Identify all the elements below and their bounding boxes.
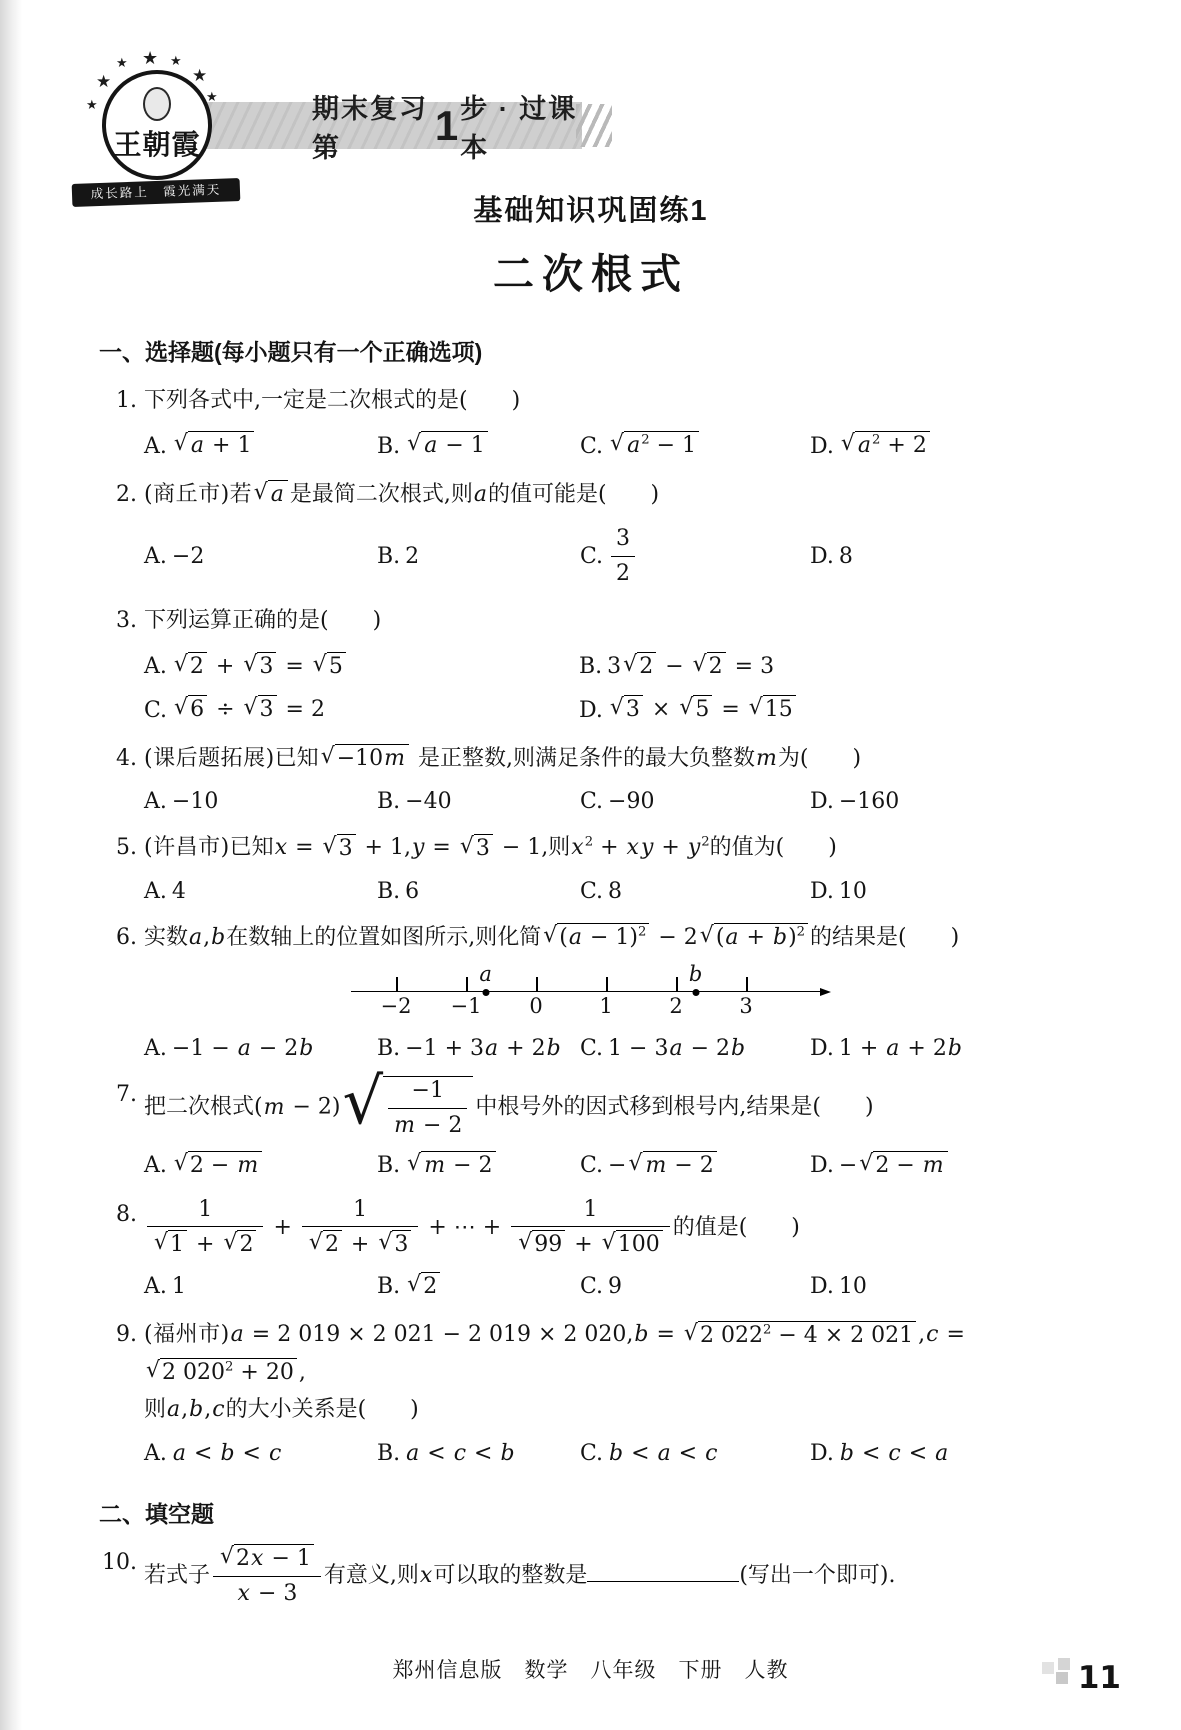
option-label: D. bbox=[810, 879, 839, 904]
question: 10.若式子√2x − 1x − 3有意义,则x可以取的整数是(写出一个即可). bbox=[97, 1544, 1085, 1608]
option-label: B. bbox=[579, 654, 607, 679]
question-stem: (许昌市)已知x = √3 + 1,y = √3 − 1,则x2 + xy + … bbox=[144, 829, 1085, 866]
sqrt-expression: √(a − 1)2 bbox=[543, 923, 649, 953]
radical-sign-icon: √ bbox=[407, 1151, 421, 1176]
option-B: B.a < c < b bbox=[377, 1441, 580, 1466]
option-label: C. bbox=[580, 1153, 608, 1178]
option-label: D. bbox=[810, 1441, 839, 1466]
radical-sign-icon: √ bbox=[684, 1321, 698, 1346]
star-icon: ★ bbox=[192, 66, 207, 86]
option-label: A. bbox=[144, 1274, 172, 1299]
option-label: C. bbox=[580, 789, 608, 814]
option-D: D.−√2 − m bbox=[810, 1151, 1085, 1181]
star-icon: ★ bbox=[206, 90, 218, 105]
radical-sign-icon: √ bbox=[859, 1151, 873, 1176]
sqrt-expression: √2 − m bbox=[859, 1151, 947, 1181]
sqrt-expression: √a + 1 bbox=[174, 431, 255, 461]
radical-sign-icon: √ bbox=[610, 695, 624, 720]
question: 3.下列运算正确的是( )A.√2 + √3 = √5B.3√2 − √2 = … bbox=[97, 602, 1085, 725]
fraction-expression: 32 bbox=[611, 525, 635, 587]
radical-sign-icon: √ bbox=[749, 695, 763, 720]
question-stem: (福州市)a = 2 019 × 2 021 − 2 019 × 2 020,b… bbox=[144, 1316, 1085, 1428]
option-body: −2 bbox=[172, 544, 204, 569]
radical-sign-icon: √ bbox=[700, 923, 714, 948]
question-number: 10. bbox=[97, 1544, 144, 1608]
axis-tick bbox=[466, 977, 468, 992]
sqrt-expression: √2 bbox=[623, 652, 656, 682]
option-body: 3√2 − √2 = 3 bbox=[607, 652, 774, 682]
sqrt-expression: √2 bbox=[693, 652, 726, 682]
option-label: A. bbox=[144, 1441, 172, 1466]
option-A: A.−10 bbox=[144, 789, 377, 814]
tick-label: 1 bbox=[599, 994, 612, 1018]
question-stem: 把二次根式(m − 2)√−1m − 2中根号外的因式移到根号内,结果是( ) bbox=[144, 1076, 1085, 1139]
question: 4.(课后题拓展)已知√−10m 是正整数,则满足条件的最大负整数m为( )A.… bbox=[97, 740, 1085, 814]
sqrt-expression: √6 bbox=[174, 695, 207, 725]
option-A: A.−1 − a − 2b bbox=[144, 1036, 377, 1061]
star-icon: ★ bbox=[96, 72, 111, 92]
option-C: C.b < a < c bbox=[580, 1441, 810, 1466]
option-body: 10 bbox=[839, 879, 867, 904]
option-body: b < c < a bbox=[839, 1441, 949, 1466]
option-D: D.8 bbox=[810, 544, 1085, 569]
question-stem: 下列各式中,一定是二次根式的是( ) bbox=[144, 382, 1085, 419]
option-B: B.2 bbox=[377, 544, 580, 569]
portrait-icon bbox=[143, 87, 171, 121]
option-A: A.√a + 1 bbox=[144, 431, 377, 461]
radical-sign-icon: √ bbox=[679, 695, 693, 720]
axis-tick bbox=[746, 977, 748, 992]
option-label: B. bbox=[377, 1153, 405, 1178]
point-marker bbox=[482, 989, 489, 996]
option-D: D.10 bbox=[810, 879, 1085, 904]
option-body: 1 + a + 2b bbox=[839, 1036, 963, 1061]
option-label: B. bbox=[377, 1441, 405, 1466]
option-C: C.1 − 3a − 2b bbox=[580, 1036, 810, 1061]
option-body: 1 bbox=[172, 1274, 186, 1299]
option-label: D. bbox=[810, 544, 839, 569]
question-source: (许昌市) bbox=[144, 835, 230, 860]
header-banner: 期末复习第1步 · 过课本 bbox=[200, 102, 582, 149]
fraction-expression: √2x − 1x − 3 bbox=[213, 1544, 321, 1608]
sqrt-expression: √2 0222 − 4 × 2 021 bbox=[684, 1321, 916, 1351]
sqrt-expression: √−1m − 2 bbox=[342, 1076, 473, 1139]
radical-sign-icon: √ bbox=[254, 480, 268, 505]
sqrt-expression: √m − 2 bbox=[628, 1151, 716, 1181]
option-body: −160 bbox=[839, 789, 899, 814]
radical-sign-icon: √ bbox=[841, 431, 855, 456]
question-number: 7. bbox=[97, 1076, 144, 1139]
worksheet-page: 期末复习第1步 · 过课本 ★ ★ ★ ★ ★ ★ ★ 王朝霞 成长路上 霞光满… bbox=[0, 0, 1181, 1730]
option-label: A. bbox=[144, 1036, 172, 1061]
axis-tick bbox=[676, 977, 678, 992]
radical-sign-icon: √ bbox=[407, 431, 421, 456]
option-B: B.√2 bbox=[377, 1272, 580, 1302]
star-icon: ★ bbox=[86, 98, 98, 113]
option-body: √a2 − 1 bbox=[608, 431, 701, 461]
option-label: D. bbox=[810, 434, 839, 459]
fill-question-list: 10.若式子√2x − 1x − 3有意义,则x可以取的整数是(写出一个即可). bbox=[97, 1544, 1085, 1608]
footer-text: 郑州信息版 数学 八年级 下册 人教 bbox=[0, 1654, 1181, 1684]
option-D: D.b < c < a bbox=[810, 1441, 1085, 1466]
sqrt-expression: √2 − m bbox=[174, 1151, 262, 1181]
option-label: A. bbox=[144, 654, 172, 679]
sqrt-expression: √99 bbox=[518, 1230, 565, 1260]
question-stem: 若式子√2x − 1x − 3有意义,则x可以取的整数是(写出一个即可). bbox=[144, 1544, 1085, 1608]
question: 9.(福州市)a = 2 019 × 2 021 − 2 019 × 2 020… bbox=[97, 1316, 1085, 1465]
sqrt-expression: √a bbox=[254, 480, 288, 510]
radical-sign-icon: √ bbox=[518, 1230, 532, 1255]
options-row: A.−1 − a − 2bB.−1 + 3a + 2bC.1 − 3a − 2b… bbox=[144, 1036, 1085, 1061]
option-label: B. bbox=[377, 434, 405, 459]
question-number: 4. bbox=[97, 740, 144, 777]
sqrt-expression: √2x − 1 bbox=[220, 1544, 314, 1574]
option-label: B. bbox=[377, 544, 405, 569]
option-D: D.10 bbox=[810, 1274, 1085, 1299]
option-label: D. bbox=[810, 1153, 839, 1178]
page-number-decoration bbox=[1056, 1672, 1068, 1684]
radical-sign-icon: √ bbox=[243, 652, 257, 677]
axis-tick bbox=[606, 977, 608, 992]
sqrt-expression: √3 bbox=[378, 1230, 411, 1260]
question-stem: 下列运算正确的是( ) bbox=[144, 602, 1085, 639]
sqrt-expression: √15 bbox=[749, 695, 796, 725]
option-body: a < c < b bbox=[405, 1441, 515, 1466]
option-label: B. bbox=[377, 879, 405, 904]
page-title: 二次根式 bbox=[97, 241, 1085, 300]
option-B: B.√m − 2 bbox=[377, 1151, 580, 1181]
option-C: C.√6 ÷ √3 = 2 bbox=[144, 695, 579, 725]
question-number: 8. bbox=[97, 1196, 144, 1260]
number-line-figure: −2−10123ab bbox=[351, 964, 831, 1024]
fraction-expression: −1m − 2 bbox=[388, 1077, 467, 1139]
section-heading-fill: 二、填空题 bbox=[99, 1496, 1085, 1529]
option-body: −√m − 2 bbox=[608, 1151, 719, 1181]
section-heading-choice: 一、选择题(每小题只有一个正确选项) bbox=[99, 334, 1085, 367]
radical-sign-icon: √ bbox=[378, 1230, 392, 1255]
sqrt-expression: √2 bbox=[174, 652, 207, 682]
sqrt-expression: √a2 + 2 bbox=[841, 431, 930, 461]
logo-circle: 王朝霞 bbox=[102, 70, 212, 180]
radical-sign-icon: √ bbox=[460, 834, 474, 859]
axis-arrow-icon bbox=[820, 988, 831, 996]
option-label: A. bbox=[144, 789, 172, 814]
option-label: C. bbox=[580, 879, 608, 904]
option-body: 4 bbox=[172, 879, 186, 904]
option-body: √2 bbox=[405, 1272, 442, 1302]
sqrt-expression: √2 0202 + 20 bbox=[146, 1358, 297, 1388]
sqrt-expression: √100 bbox=[602, 1230, 663, 1260]
publisher-logo: ★ ★ ★ ★ ★ ★ ★ 王朝霞 成长路上 霞光满天 bbox=[92, 58, 224, 196]
sqrt-expression: √(a + b)2 bbox=[700, 923, 808, 953]
option-label: D. bbox=[579, 698, 608, 723]
radical-sign-icon: √ bbox=[174, 1151, 188, 1176]
option-label: B. bbox=[377, 1274, 405, 1299]
option-A: A.4 bbox=[144, 879, 377, 904]
radical-sign-icon: √ bbox=[220, 1544, 234, 1569]
option-label: C. bbox=[144, 698, 172, 723]
axis-tick bbox=[396, 977, 398, 992]
option-A: A.√2 + √3 = √5 bbox=[144, 652, 579, 682]
logo-brand-name: 王朝霞 bbox=[113, 123, 200, 163]
option-B: B.−40 bbox=[377, 789, 580, 814]
option-C: C.8 bbox=[580, 879, 810, 904]
question: 1.下列各式中,一定是二次根式的是( )A.√a + 1B.√a − 1C.√a… bbox=[97, 382, 1085, 461]
option-body: 9 bbox=[608, 1274, 622, 1299]
option-C: C.√a2 − 1 bbox=[580, 431, 810, 461]
radical-sign-icon: √ bbox=[154, 1230, 168, 1255]
tick-label: 0 bbox=[529, 994, 542, 1018]
tick-label: 3 bbox=[739, 994, 752, 1018]
option-body: 10 bbox=[839, 1274, 867, 1299]
option-label: B. bbox=[377, 789, 405, 814]
fraction-expression: 1√2 + √3 bbox=[302, 1196, 418, 1260]
sqrt-expression: √2 bbox=[223, 1230, 256, 1260]
star-icon: ★ bbox=[142, 48, 158, 69]
option-body: 1 − 3a − 2b bbox=[608, 1036, 746, 1061]
option-A: A.a < b < c bbox=[144, 1441, 377, 1466]
radical-sign-icon: √ bbox=[628, 1151, 642, 1176]
fraction-expression: 1√1 + √2 bbox=[147, 1196, 263, 1260]
radical-sign-icon: √ bbox=[407, 1272, 421, 1297]
question-number: 9. bbox=[97, 1316, 144, 1428]
option-A: A.√2 − m bbox=[144, 1151, 377, 1181]
question-number: 5. bbox=[97, 829, 144, 866]
question-stem: 1√1 + √2 + 1√2 + √3 + ⋯ + 1√99 + √100的值是… bbox=[144, 1196, 1085, 1260]
option-label: C. bbox=[580, 434, 608, 459]
options-row: A.√2 + √3 = √5B.3√2 − √2 = 3C.√6 ÷ √3 = … bbox=[144, 652, 1085, 725]
sqrt-expression: √m − 2 bbox=[407, 1151, 495, 1181]
question: 2.(商丘市)若√a是最简二次根式,则a的值可能是( )A.−2B.2C.32D… bbox=[97, 476, 1085, 587]
point-label: b bbox=[689, 962, 702, 986]
option-C: C.−√m − 2 bbox=[580, 1151, 810, 1181]
radical-sign-icon: √ bbox=[223, 1230, 237, 1255]
option-label: C. bbox=[580, 1274, 608, 1299]
options-row: A.√a + 1B.√a − 1C.√a2 − 1D.√a2 + 2 bbox=[144, 431, 1085, 461]
option-body: 2 bbox=[405, 544, 419, 569]
axis-tick bbox=[536, 977, 538, 992]
option-B: B.6 bbox=[377, 879, 580, 904]
option-label: D. bbox=[810, 1274, 839, 1299]
radical-sign-icon: √ bbox=[174, 431, 188, 456]
question-number: 1. bbox=[97, 382, 144, 419]
option-label: D. bbox=[810, 1036, 839, 1061]
options-row: A.1B.√2C.9D.10 bbox=[144, 1272, 1085, 1302]
option-label: A. bbox=[144, 544, 172, 569]
question-stem: (商丘市)若√a是最简二次根式,则a的值可能是( ) bbox=[144, 476, 1085, 513]
option-C: C.9 bbox=[580, 1274, 810, 1299]
option-A: A.1 bbox=[144, 1274, 377, 1299]
option-body: −90 bbox=[608, 789, 654, 814]
question-source: (商丘市) bbox=[144, 482, 230, 507]
option-body: √2 − m bbox=[172, 1151, 264, 1181]
radical-sign-icon: √ bbox=[174, 695, 188, 720]
point-label: a bbox=[479, 962, 492, 986]
option-label: B. bbox=[377, 1036, 405, 1061]
option-body: −√2 − m bbox=[839, 1151, 950, 1181]
radical-sign-icon: √ bbox=[323, 834, 337, 859]
option-body: √3 × √5 = √15 bbox=[608, 695, 798, 725]
sqrt-expression: √a2 − 1 bbox=[610, 431, 699, 461]
sqrt-expression: √3 bbox=[610, 695, 643, 725]
option-label: C. bbox=[580, 1441, 608, 1466]
option-label: A. bbox=[144, 434, 172, 459]
option-D: D.1 + a + 2b bbox=[810, 1036, 1085, 1061]
worksheet-content: 基础知识巩固练1 二次根式 一、选择题(每小题只有一个正确选项) 1.下列各式中… bbox=[97, 188, 1085, 1608]
sqrt-expression: √2 bbox=[309, 1230, 342, 1260]
page-number: 11 bbox=[1056, 1660, 1121, 1696]
radical-sign-icon: √ bbox=[309, 1230, 323, 1255]
option-body: √m − 2 bbox=[405, 1151, 497, 1181]
page-edge-shading bbox=[0, 0, 22, 1730]
star-icon: ★ bbox=[116, 56, 128, 71]
radical-sign-icon: √ bbox=[610, 431, 624, 456]
option-B: B.3√2 − √2 = 3 bbox=[579, 652, 1085, 682]
question-stem: 实数a,b在数轴上的位置如图所示,则化简√(a − 1)2 − 2√(a + b… bbox=[144, 919, 1085, 956]
question-number: 6. bbox=[97, 919, 144, 956]
option-D: D.√3 × √5 = √15 bbox=[579, 695, 1085, 725]
option-label: C. bbox=[580, 1036, 608, 1061]
sqrt-expression: √3 bbox=[243, 652, 276, 682]
answer-blank bbox=[587, 1558, 739, 1582]
question: 8.1√1 + √2 + 1√2 + √3 + ⋯ + 1√99 + √100的… bbox=[97, 1196, 1085, 1302]
option-D: D.−160 bbox=[810, 789, 1085, 814]
star-icon: ★ bbox=[170, 54, 182, 69]
radical-sign-icon: √ bbox=[623, 652, 637, 677]
sqrt-expression: √a − 1 bbox=[407, 431, 488, 461]
sqrt-expression: √3 bbox=[323, 834, 356, 864]
page-number-value: 11 bbox=[1078, 1660, 1121, 1696]
options-row: A.4B.6C.8D.10 bbox=[144, 879, 1085, 904]
radical-sign-icon: √ bbox=[146, 1358, 160, 1383]
question-stem: (课后题拓展)已知√−10m 是正整数,则满足条件的最大负整数m为( ) bbox=[144, 740, 1085, 777]
banner-text-post: 步 · 过课本 bbox=[460, 87, 582, 165]
option-body: −1 − a − 2b bbox=[172, 1036, 315, 1061]
option-B: B.−1 + 3a + 2b bbox=[377, 1036, 580, 1061]
option-label: A. bbox=[144, 879, 172, 904]
subtitle: 基础知识巩固练1 bbox=[97, 188, 1085, 229]
tick-label: −1 bbox=[451, 994, 482, 1018]
question-source: (课后题拓展) bbox=[144, 746, 275, 771]
option-body: −40 bbox=[405, 789, 451, 814]
banner-step-number: 1 bbox=[433, 105, 460, 147]
option-label: C. bbox=[580, 544, 608, 569]
sqrt-expression: √1 bbox=[154, 1230, 187, 1260]
option-A: A.−2 bbox=[144, 544, 377, 569]
sqrt-expression: √−10m bbox=[321, 744, 409, 774]
tick-label: −2 bbox=[381, 994, 412, 1018]
option-body: 6 bbox=[405, 879, 419, 904]
banner-text-pre: 期末复习第 bbox=[312, 87, 433, 165]
option-D: D.√a2 + 2 bbox=[810, 431, 1085, 461]
question: 7.把二次根式(m − 2)√−1m − 2中根号外的因式移到根号内,结果是( … bbox=[97, 1076, 1085, 1181]
option-B: B.√a − 1 bbox=[377, 431, 580, 461]
option-body: b < a < c bbox=[608, 1441, 718, 1466]
option-body: √2 + √3 = √5 bbox=[172, 652, 348, 682]
radical-sign-icon: √ bbox=[321, 744, 335, 769]
sqrt-expression: √2 bbox=[407, 1272, 440, 1302]
radical-sign-icon: √ bbox=[244, 695, 258, 720]
option-body: −1 + 3a + 2b bbox=[405, 1036, 562, 1061]
fraction-expression: 1√99 + √100 bbox=[511, 1196, 669, 1260]
option-body: √a − 1 bbox=[405, 431, 490, 461]
question: 5.(许昌市)已知x = √3 + 1,y = √3 − 1,则x2 + xy … bbox=[97, 829, 1085, 903]
option-body: 32 bbox=[608, 525, 638, 587]
sqrt-expression: √3 bbox=[244, 695, 277, 725]
choice-question-list: 1.下列各式中,一定是二次根式的是( )A.√a + 1B.√a − 1C.√a… bbox=[97, 382, 1085, 1466]
option-body: √6 ÷ √3 = 2 bbox=[172, 695, 325, 725]
options-row: A.√2 − mB.√m − 2C.−√m − 2D.−√2 − m bbox=[144, 1151, 1085, 1181]
radical-sign-icon: √ bbox=[313, 652, 327, 677]
sqrt-expression: √5 bbox=[679, 695, 712, 725]
sqrt-expression: √3 bbox=[460, 834, 493, 864]
radical-sign-icon: √ bbox=[543, 923, 557, 948]
number-line-axis bbox=[351, 991, 821, 992]
question: 6.实数a,b在数轴上的位置如图所示,则化简√(a − 1)2 − 2√(a +… bbox=[97, 919, 1085, 1061]
sqrt-expression: √5 bbox=[313, 652, 346, 682]
option-label: D. bbox=[810, 789, 839, 814]
question-number: 3. bbox=[97, 602, 144, 639]
radical-sign-icon: √ bbox=[342, 1076, 383, 1128]
radical-sign-icon: √ bbox=[602, 1230, 616, 1255]
option-body: 8 bbox=[608, 879, 622, 904]
options-row: A.a < b < cB.a < c < bC.b < a < cD.b < c… bbox=[144, 1441, 1085, 1466]
option-body: √a2 + 2 bbox=[839, 431, 932, 461]
option-label: A. bbox=[144, 1153, 172, 1178]
option-body: a < b < c bbox=[172, 1441, 282, 1466]
option-body: 8 bbox=[839, 544, 853, 569]
option-body: −10 bbox=[172, 789, 218, 814]
question-number: 2. bbox=[97, 476, 144, 513]
point-marker bbox=[692, 989, 699, 996]
option-C: C.−90 bbox=[580, 789, 810, 814]
tick-label: 2 bbox=[669, 994, 682, 1018]
question-source: (福州市) bbox=[144, 1322, 230, 1347]
option-C: C.32 bbox=[580, 525, 810, 587]
option-body: √a + 1 bbox=[172, 431, 257, 461]
radical-sign-icon: √ bbox=[693, 652, 707, 677]
page-header: 期末复习第1步 · 过课本 ★ ★ ★ ★ ★ ★ ★ 王朝霞 成长路上 霞光满… bbox=[92, 58, 612, 198]
radical-sign-icon: √ bbox=[174, 652, 188, 677]
options-row: A.−10B.−40C.−90D.−160 bbox=[144, 789, 1085, 814]
options-row: A.−2B.2C.32D.8 bbox=[144, 525, 1085, 587]
